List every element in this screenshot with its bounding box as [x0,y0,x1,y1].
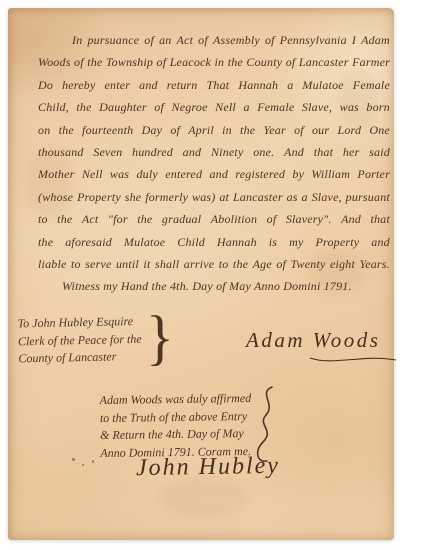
body-line: DoherebyenterandreturnThatHannahaMulatoe… [38,74,390,96]
ink-speck [92,460,94,463]
manuscript-page: InpursuanceofanActofAssemblyofPennsylvan… [8,8,394,540]
body-line: Child,theDaughterofNegroeNellaFemaleSlav… [38,96,390,118]
body-line: InpursuanceofanActofAssemblyofPennsylvan… [38,29,390,51]
address-block: To John Hubley Esquire Clerk of the Peac… [17,313,150,368]
signature-flourish [308,352,398,366]
document-scan: InpursuanceofanActofAssemblyofPennsylvan… [0,0,421,550]
body-line: onthefourteenthDayofAprilintheYearofourL… [38,119,390,141]
ink-speck [82,464,84,466]
body-line: liabletoserveuntilitshallarrivetotheAgeo… [38,253,390,275]
signature-john-hubley: John Hubley [136,453,280,483]
document-body: InpursuanceofanActofAssemblyofPennsylvan… [38,29,390,298]
affirmation-line: Adam Woods was duly affirmed [100,390,252,410]
body-line: (whosePropertysheformerlywas)atLancaster… [38,186,390,208]
address-line: Clerk of the Peace for the [18,330,150,350]
body-line: Witness my Hand the 4th. Day of May Anno… [38,275,390,297]
affirmation-line: & Return the 4th. Day of May [100,425,252,445]
affirmation-block: Adam Woods was duly affirmed to the Trut… [100,390,253,462]
address-line: To John Hubley Esquire [17,313,149,333]
body-line: totheAct"forthegradualAbolitionofSlavery… [38,208,390,230]
body-line: theaforesaidMulatoeChildHannahismyProper… [38,231,390,253]
body-line: thousandSevenhundredandNinetyone.Andthat… [38,141,390,163]
paper-stain [158,478,248,518]
ink-speck [72,458,75,461]
body-line: MotherNellwasdulyenteredandregisteredbyW… [38,163,390,185]
signature-adam-woods: Adam Woods [246,328,380,353]
address-line: County of Lancaster [18,348,150,368]
curly-brace: } [146,303,174,372]
affirmation-line: to the Truth of the above Entry [100,407,252,427]
body-line: WoodsoftheTownshipofLeacockintheCountyof… [38,51,390,73]
